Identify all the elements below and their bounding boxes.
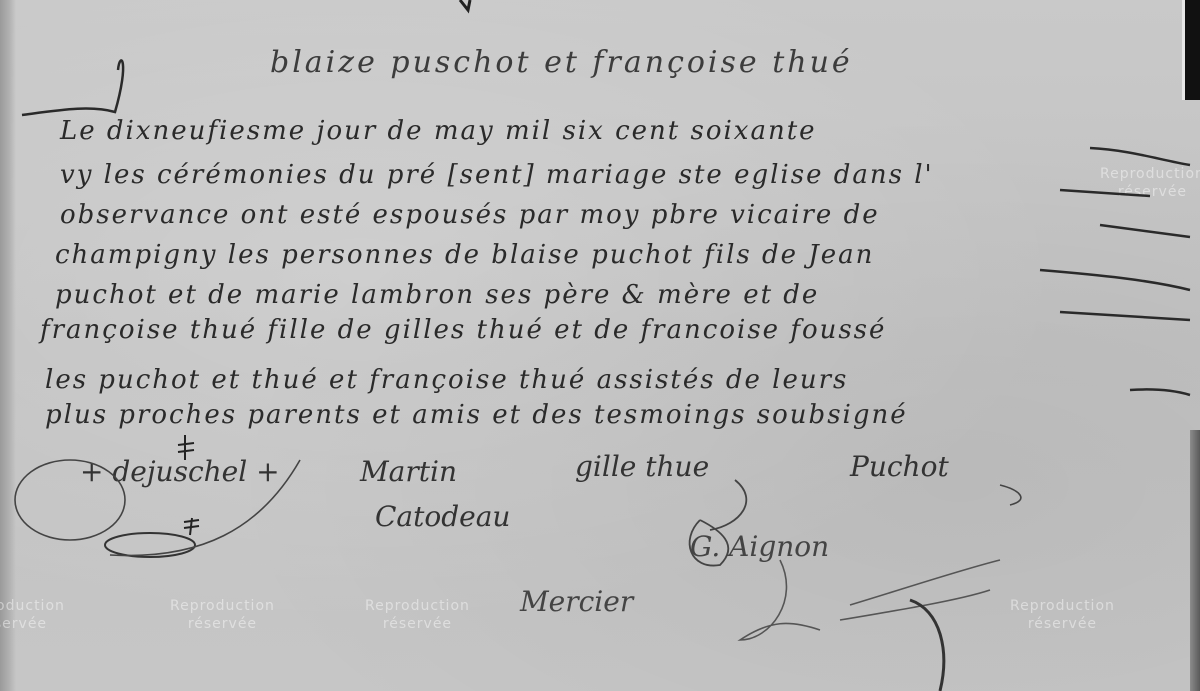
signature-paraph-icon xyxy=(910,600,944,691)
top-stroke-icon xyxy=(460,0,470,10)
cross-mark-icon xyxy=(178,435,194,460)
initial-flourish-icon xyxy=(22,60,123,115)
signature-loop-icon xyxy=(15,460,125,540)
cross-mark-icon xyxy=(184,518,199,535)
document-page: Reproduction réservée Reproduction réser… xyxy=(0,0,1200,691)
ink-flourishes xyxy=(0,0,1200,691)
